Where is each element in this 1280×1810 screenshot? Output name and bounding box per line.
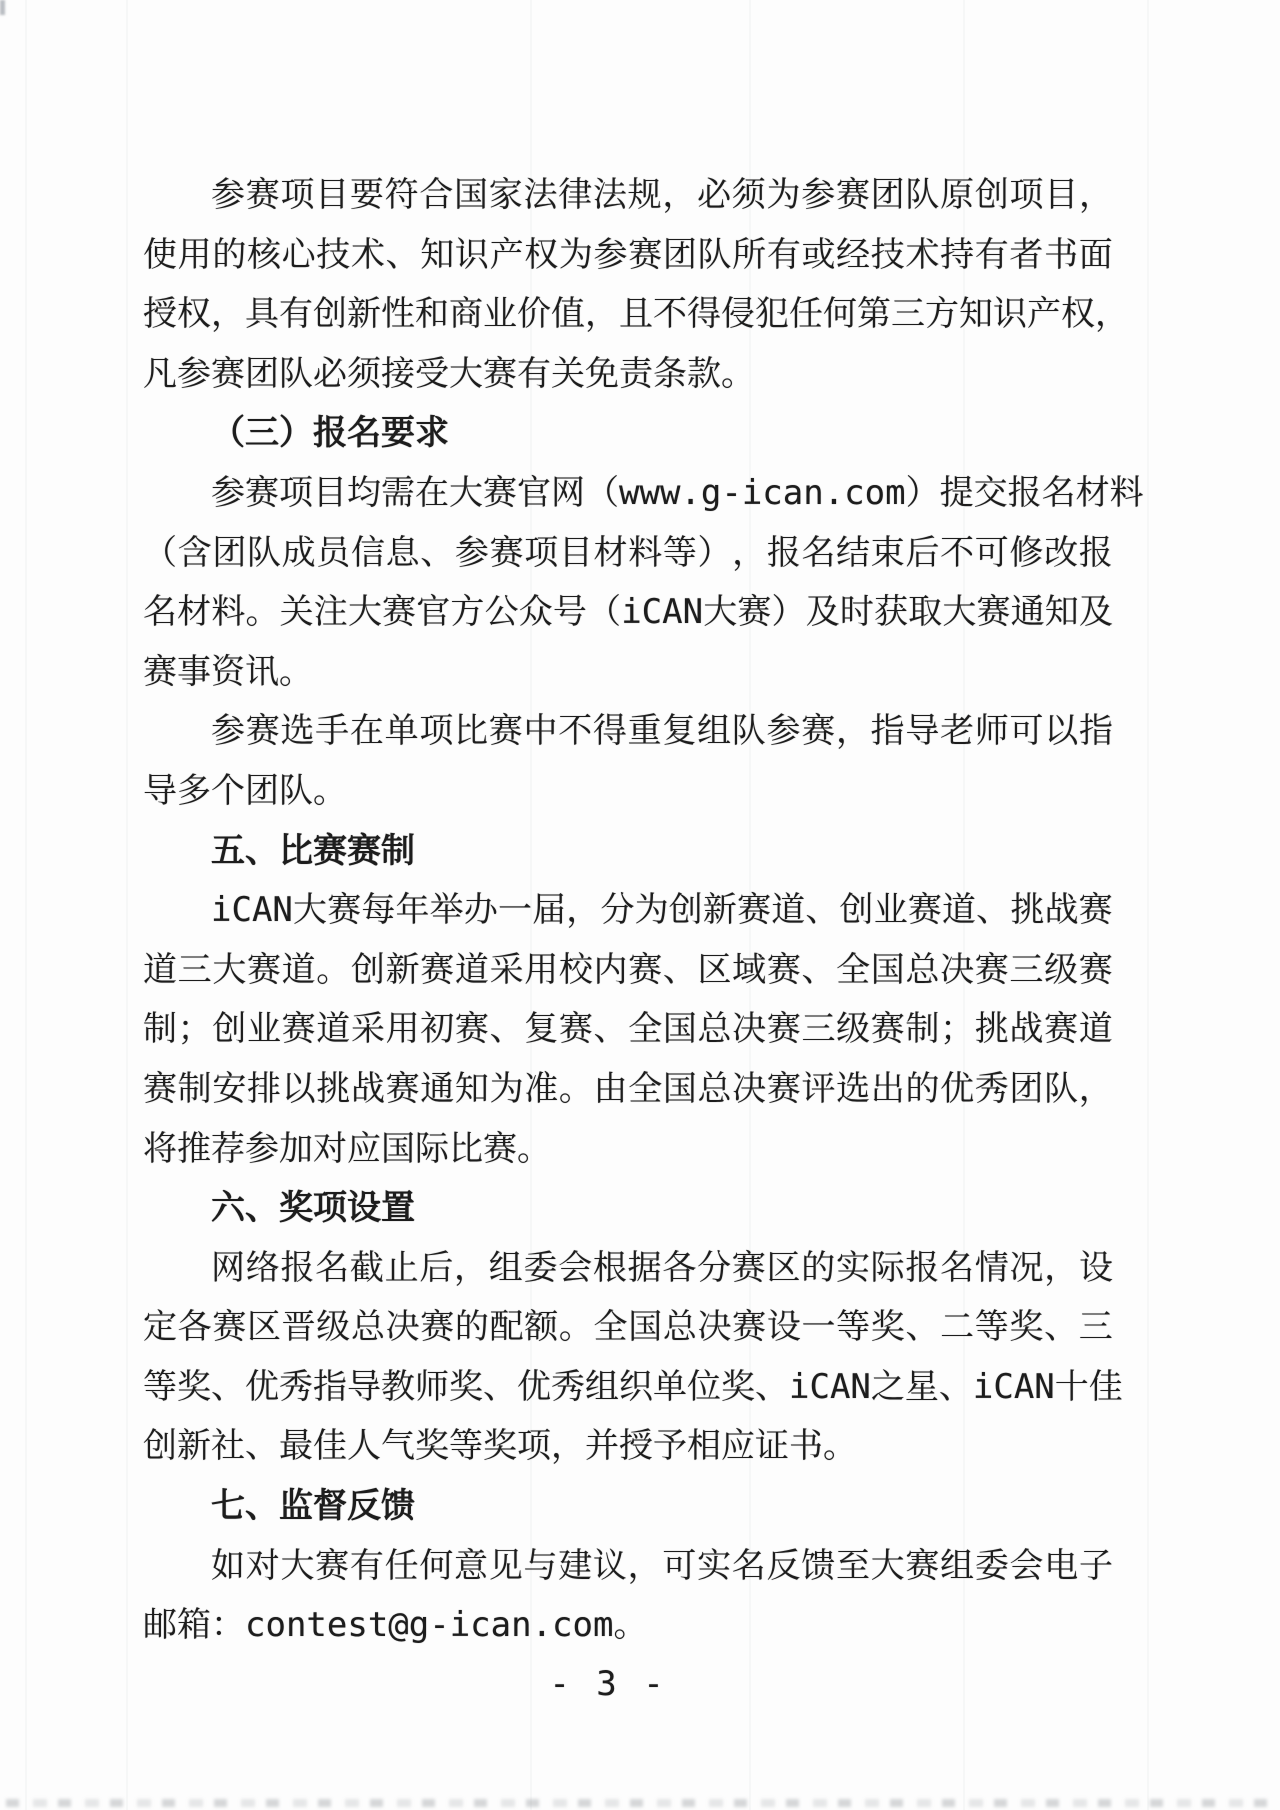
scan-artifact-corner bbox=[0, 0, 5, 15]
text-line: 导多个团队。 bbox=[143, 762, 1113, 822]
text-line: 创新社、最佳人气奖等奖项，并授予相应证书。 bbox=[143, 1417, 1113, 1477]
scan-artifact-bottom bbox=[6, 1799, 1274, 1807]
text-line: 授权，具有创新性和商业价值，且不得侵犯任何第三方知识产权， bbox=[143, 285, 1113, 345]
text-line: 名材料。关注大赛官方公众号（iCAN大赛）及时获取大赛通知及 bbox=[143, 583, 1113, 643]
text-line: 使用的核心技术、知识产权为参赛团队所有或经技术持有者书面 bbox=[143, 226, 1113, 286]
section-heading: 七、监督反馈 bbox=[143, 1477, 1113, 1537]
text-line: 参赛选手在单项比赛中不得重复组队参赛，指导老师可以指 bbox=[143, 702, 1113, 762]
section-heading: 五、比赛赛制 bbox=[143, 822, 1113, 882]
scan-artifact-line bbox=[1147, 0, 1149, 1810]
text-line: 邮箱：contest@g-ican.com。 bbox=[143, 1596, 1113, 1656]
text-line: 道三大赛道。创新赛道采用校内赛、区域赛、全国总决赛三级赛 bbox=[143, 941, 1113, 1001]
text-line: 参赛项目均需在大赛官网（www.g-ican.com）提交报名材料 bbox=[143, 464, 1113, 524]
text-line: 制；创业赛道采用初赛、复赛、全国总决赛三级赛制；挑战赛道 bbox=[143, 1000, 1113, 1060]
text-line: 赛事资讯。 bbox=[143, 643, 1113, 703]
text-line: 凡参赛团队必须接受大赛有关免责条款。 bbox=[143, 345, 1113, 405]
section-heading: （三）报名要求 bbox=[143, 404, 1113, 464]
text-line: 定各赛区晋级总决赛的配额。全国总决赛设一等奖、二等奖、三 bbox=[143, 1298, 1113, 1358]
scan-artifact-line bbox=[126, 0, 128, 1810]
document-text: 参赛项目要符合国家法律法规，必须为参赛团队原创项目，使用的核心技术、知识产权为参… bbox=[143, 166, 1113, 1656]
document-page: 参赛项目要符合国家法律法规，必须为参赛团队原创项目，使用的核心技术、知识产权为参… bbox=[0, 0, 1280, 1810]
text-line: 赛制安排以挑战赛通知为准。由全国总决赛评选出的优秀团队， bbox=[143, 1060, 1113, 1120]
text-line: 如对大赛有任何意见与建议，可实名反馈至大赛组委会电子 bbox=[143, 1537, 1113, 1597]
text-line: 等奖、优秀指导教师奖、优秀组织单位奖、iCAN之星、iCAN十佳 bbox=[143, 1358, 1113, 1418]
text-line: iCAN大赛每年举办一届，分为创新赛道、创业赛道、挑战赛 bbox=[143, 881, 1113, 941]
text-line: 网络报名截止后，组委会根据各分赛区的实际报名情况，设 bbox=[143, 1239, 1113, 1299]
text-line: 参赛项目要符合国家法律法规，必须为参赛团队原创项目， bbox=[143, 166, 1113, 226]
scan-artifact-line bbox=[25, 0, 27, 1810]
section-heading: 六、奖项设置 bbox=[143, 1179, 1113, 1239]
text-line: 将推荐参加对应国际比赛。 bbox=[143, 1120, 1113, 1180]
page-number: - 3 - bbox=[0, 1660, 1216, 1708]
text-line: （含团队成员信息、参赛项目材料等），报名结束后不可修改报 bbox=[143, 524, 1113, 584]
